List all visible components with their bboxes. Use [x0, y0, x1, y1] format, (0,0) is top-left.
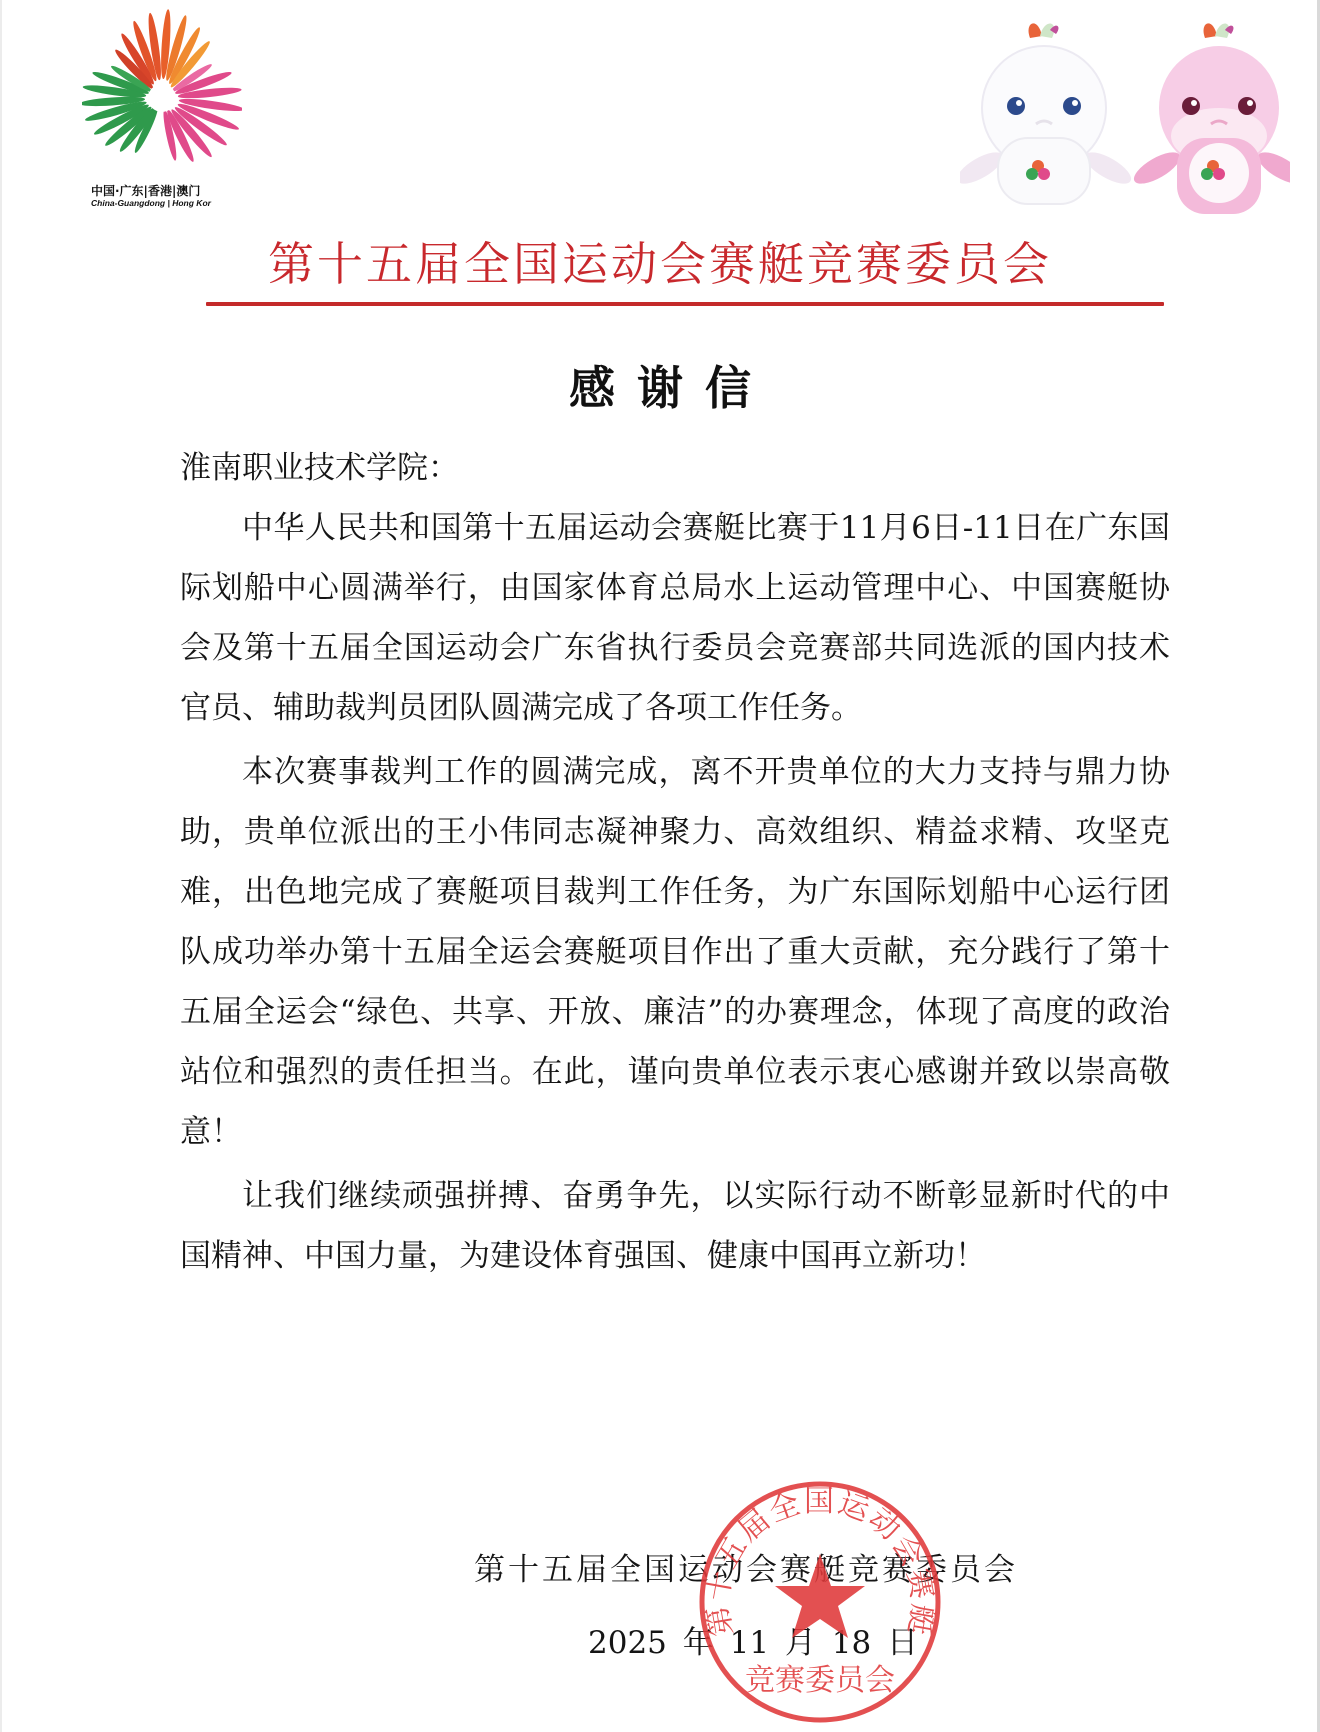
- paragraph-2: 本次赛事裁判工作的圆满完成，离不开贵单位的大力支持与鼎力协助，贵单位派出的王小伟…: [180, 742, 1170, 1162]
- letter-body: 淮南职业技术学院： 中华人民共和国第十五届运动会赛艇比赛于11月6日-11日在广…: [180, 438, 1170, 1286]
- mascots-icon: [960, 8, 1290, 223]
- mascots-illustration: [960, 8, 1290, 223]
- signature-organization: 第十五届全国运动会赛艇竞赛委员会: [474, 1544, 1018, 1589]
- letter-title: 感谢信: [0, 352, 1320, 418]
- signature-date: 2025 年 11 月 18 日: [588, 1617, 918, 1662]
- national-games-logo: 中国·广东|香港|澳门 China-Guangdong | Hong Kor: [82, 6, 262, 206]
- logo-caption-english: China-Guangdong | Hong Kor: [91, 198, 211, 208]
- seal-star-icon: 第十五届全国运动会赛艇 竞赛委员会: [690, 1472, 950, 1732]
- letterhead-title: 第十五届全国运动会赛艇竞赛委员会: [0, 228, 1320, 294]
- logo-caption-chinese: 中国·广东|香港|澳门: [91, 182, 200, 199]
- paragraph-1: 中华人民共和国第十五届运动会赛艇比赛于11月6日-11日在广东国际划船中心圆满举…: [180, 498, 1170, 738]
- seal-bottom-text: 竞赛委员会: [745, 1663, 895, 1698]
- burst-emblem-icon: [82, 6, 242, 181]
- letterhead-red-rule: [206, 302, 1164, 306]
- salutation: 淮南职业技术学院：: [180, 438, 1170, 498]
- paragraph-3: 让我们继续顽强拼搏、奋勇争先，以实际行动不断彰显新时代的中国精神、中国力量，为建…: [180, 1166, 1170, 1286]
- official-seal: 第十五届全国运动会赛艇 竞赛委员会: [690, 1472, 950, 1732]
